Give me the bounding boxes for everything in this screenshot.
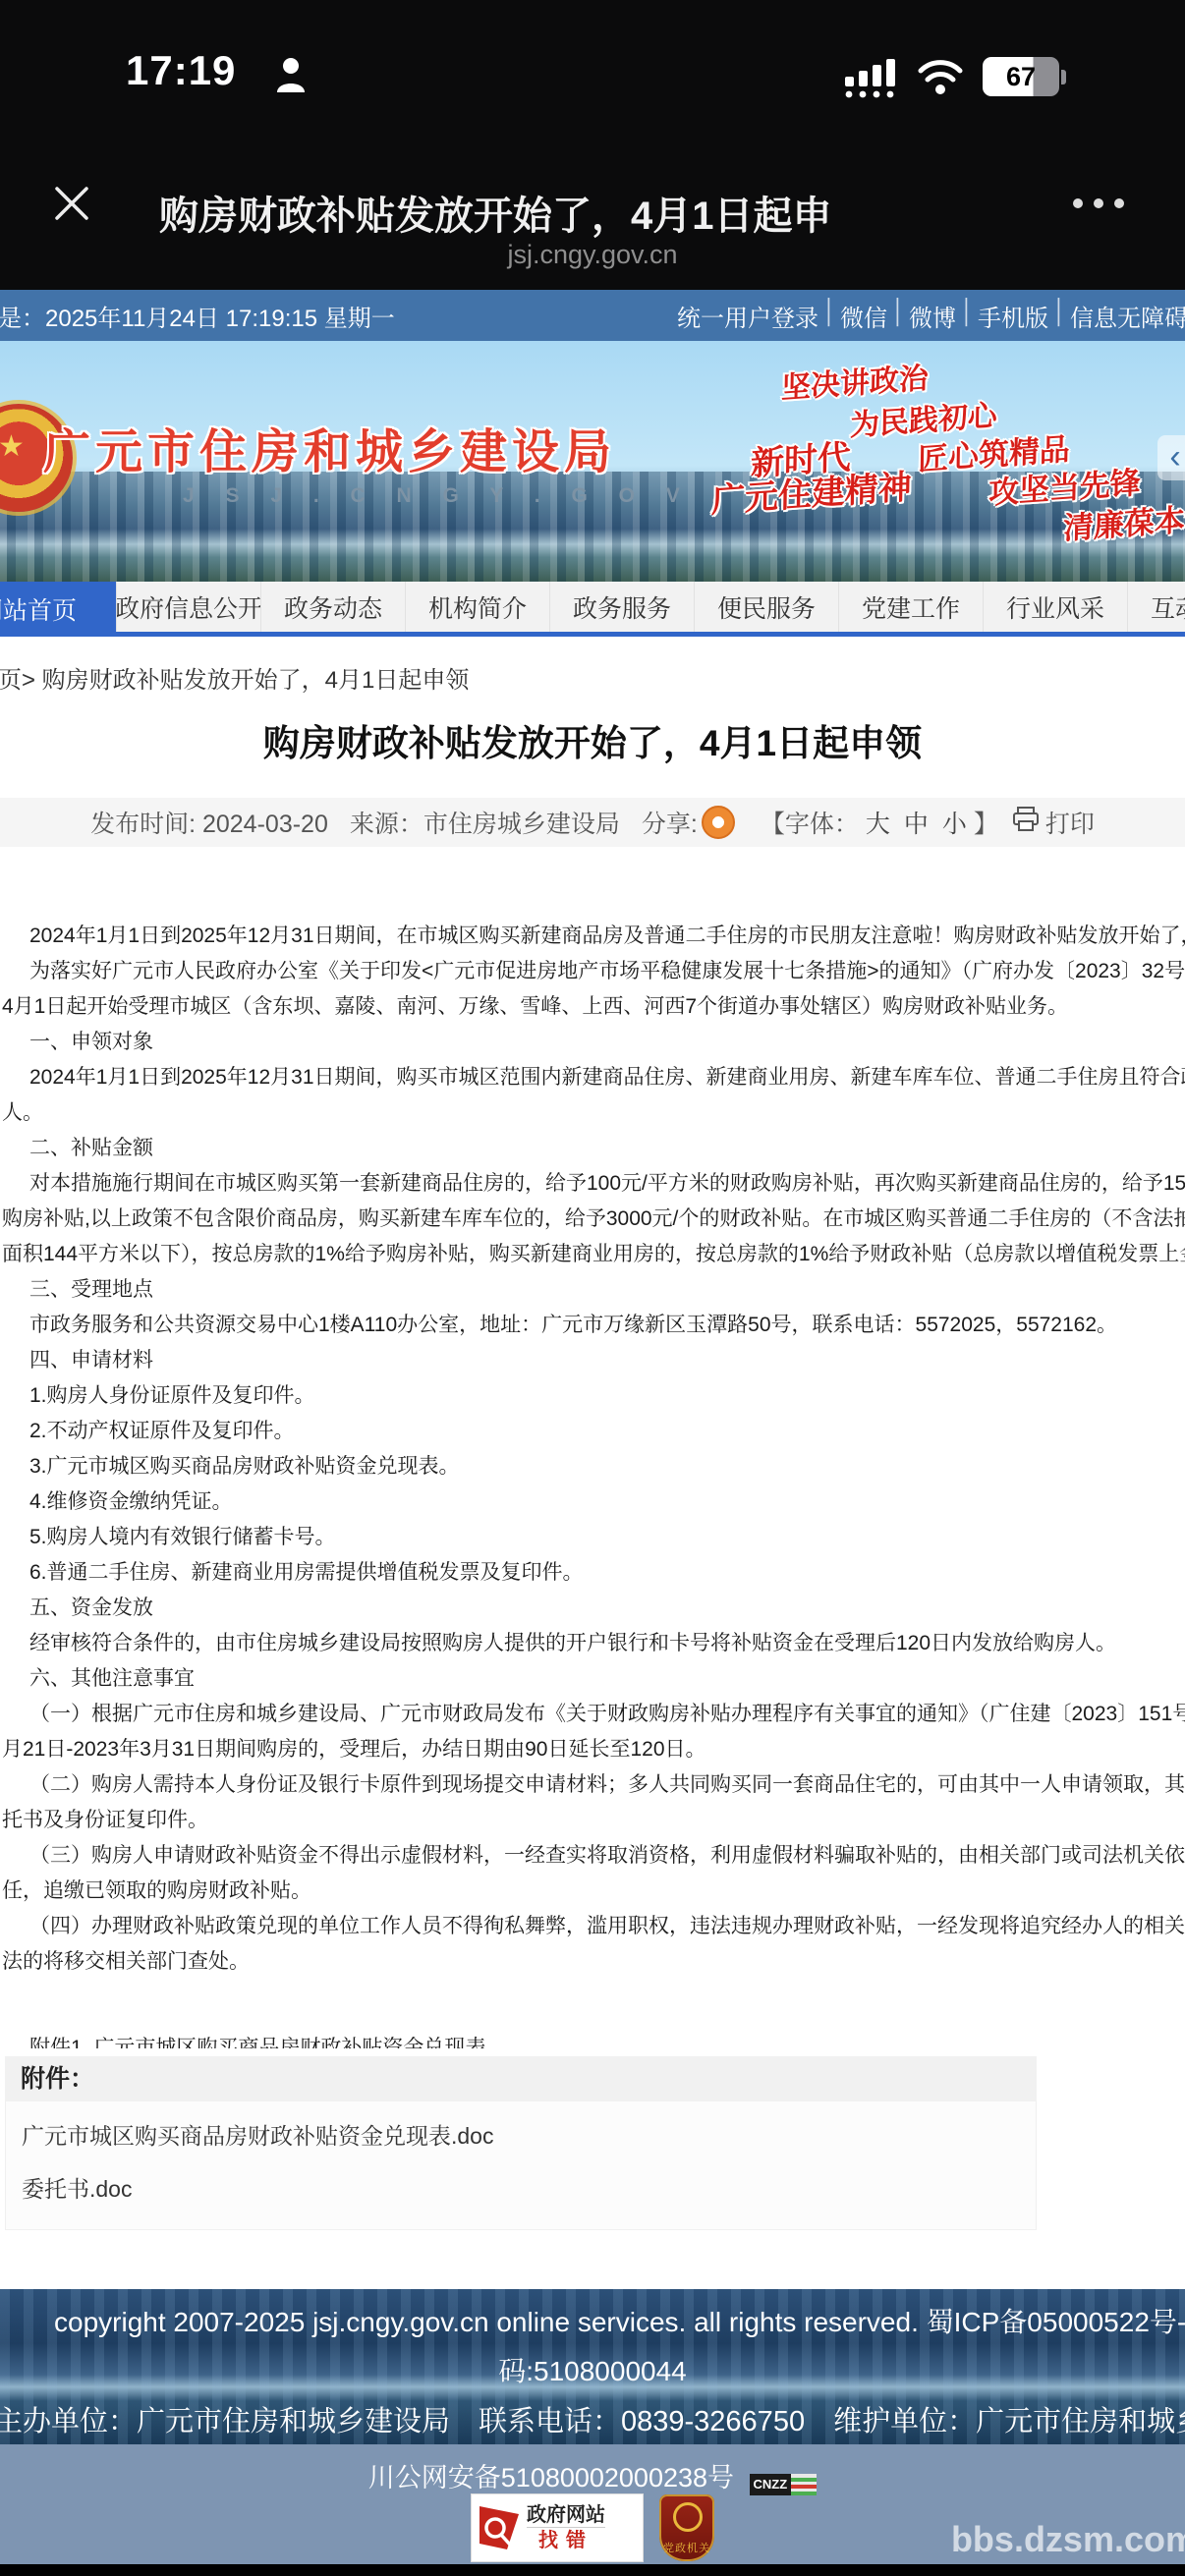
copyright-line2: 码:5108000044: [0, 2350, 1185, 2389]
article-paragraph: 经审核符合条件的，由市住房城乡建设局按照购房人提供的开户银行和卡号将补贴资金在受…: [2, 1626, 1185, 1661]
article-paragraph: 2024年1月1日到2025年12月31日期间，购买市城区范围内新建商品住房、新…: [2, 1060, 1185, 1131]
signal-icon: [843, 57, 902, 105]
article-paragraph: 市政务服务和公共资源交易中心1楼A110办公室，地址：广元市万缘新区玉潭路50号…: [2, 1308, 1185, 1343]
close-icon[interactable]: [51, 183, 92, 229]
nav-item-label: 行业风采: [1006, 589, 1104, 625]
gov-site-error-badge-text: 政府网站 找错: [527, 2503, 605, 2553]
weibo-share-icon[interactable]: [702, 806, 735, 839]
publish-time: 发布时间: 2024-03-20: [90, 805, 328, 840]
article-paragraph: 六、其他注意事宜: [2, 1661, 1185, 1697]
breadcrumb[interactable]: 首页> 购房财政补贴发放开始了，4月1日起申领: [0, 660, 469, 695]
cnzz-stats-badge[interactable]: CNZZ: [750, 2474, 818, 2495]
article-paragraphs: 2024年1月1日到2025年12月31日期间，在市城区购买新建商品房及普通二手…: [2, 919, 1185, 1980]
article-source: 来源：市住房城乡建设局: [350, 805, 620, 840]
cnzz-stripes: [791, 2474, 817, 2495]
article-body: 2024年1月1日到2025年12月31日期间，在市城区购买新建商品房及普通二手…: [2, 919, 1185, 2048]
font-size-options: 大中小: [859, 805, 974, 840]
article-paragraph: 三、受理地点: [2, 1272, 1185, 1308]
party-badge-emblem: [673, 2502, 703, 2532]
nav-item-label: 政府信息公开: [117, 589, 261, 625]
font-size-option[interactable]: 小: [935, 811, 974, 838]
site-name: 广元市住房和城乡建设局: [43, 414, 616, 481]
font-size-option[interactable]: 中: [897, 811, 935, 838]
party-badge-label: 党政机关: [659, 2540, 714, 2555]
security-record-row: 川公网安备51080002000238号 CNZZ: [0, 2444, 1185, 2495]
article-paragraph: 一、申领对象: [2, 1025, 1185, 1060]
article-paragraph: 为落实好广元市人民政府办公室《关于印发<广元市促进房地产市场平稳健康发展十七条措…: [2, 954, 1185, 1025]
topbar-date: 今天是：2025年11月24日 17:19:15 星期一: [0, 299, 395, 333]
person-icon: [271, 55, 310, 99]
browser-page-title: 购房财政补贴发放开始了，4月1日起申: [159, 185, 1044, 241]
nav-item[interactable]: 便民服务: [695, 582, 839, 632]
topbar-link[interactable]: 统一用户登录: [666, 299, 829, 333]
gov-site-error-badge[interactable]: 政府网站 找错: [471, 2493, 644, 2562]
party-gov-badge[interactable]: 党政机关: [659, 2494, 714, 2561]
attachments-header: 附件：: [5, 2056, 1037, 2101]
nav-item-label: 政务服务: [573, 589, 671, 625]
cnzz-label: CNZZ: [750, 2474, 792, 2495]
article-paragraph: 3.广元市城区购买商品房财政补贴资金兑现表。: [2, 1449, 1185, 1484]
battery-percent: 67: [983, 57, 1059, 96]
nav-item[interactable]: 政务动态: [261, 582, 406, 632]
nav-item[interactable]: 机构简介: [406, 582, 550, 632]
nav-item[interactable]: 政府信息公开: [117, 582, 261, 632]
magnifier-fold-icon: [478, 2504, 521, 2551]
article-paragraph: 2.不动产权证原件及复印件。: [2, 1414, 1185, 1449]
article-paragraph: （二）购房人需持本人身份证及银行卡原件到现场提交申请材料；多人共同购买同一套商品…: [2, 1767, 1185, 1838]
article-paragraph: （四）办理财政补贴政策兑现的单位工作人员不得徇私舞弊，滥用职权，违法违规办理财政…: [2, 1909, 1185, 1980]
article-paragraph: 6.普通二手住房、新建商业用房需提供增值税发票及复印件。: [2, 1555, 1185, 1591]
article-paragraph: （一）根据广元市住房和城乡建设局、广元市财政局发布《关于财政购房补贴办理程序有关…: [2, 1697, 1185, 1767]
attachments-list: 广元市城区购买商品房财政补贴资金兑现表.doc委托书.doc: [5, 2101, 1037, 2230]
page-title: 购房财政补贴发放开始了，4月1日起申领: [0, 713, 1185, 766]
nav-item-label: 党建工作: [862, 589, 960, 625]
attachment-references: 附件1. 广元市城区购买商品房财政补贴资金兑现表2.委托书: [2, 2031, 1185, 2048]
attachment-reference: 附件1. 广元市城区购买商品房财政补贴资金兑现表: [2, 2031, 1185, 2048]
nav-item[interactable]: 党建工作: [839, 582, 984, 632]
bottom-bar: [0, 2564, 1185, 2576]
watermark: bbs.dzsm.com: [951, 2519, 1185, 2560]
topbar-link[interactable]: 手机版: [967, 299, 1059, 333]
font-size-option[interactable]: 大: [859, 811, 897, 838]
print-label[interactable]: 打印: [1045, 805, 1095, 840]
battery-nub: [1061, 70, 1066, 84]
nav-item[interactable]: 政务服务: [550, 582, 695, 632]
article-paragraph: 四、申请材料: [2, 1343, 1185, 1378]
font-label-close: 】: [974, 805, 998, 840]
nav-item-label: 政务动态: [284, 589, 382, 625]
article-paragraph: 二、补贴金额: [2, 1131, 1185, 1166]
attachment-file-link[interactable]: 广元市城区购买商品房财政补贴资金兑现表.doc: [22, 2109, 1020, 2162]
printer-icon[interactable]: [1012, 807, 1040, 839]
topbar-links: 统一用户登录微信微博手机版信息无障碍: [666, 299, 1185, 333]
site-footer: copyright 2007-2025 jsj.cngy.gov.cn onli…: [0, 2289, 1185, 2576]
nav-item-label: 机构简介: [428, 589, 527, 625]
nav-item-label: 便民服务: [717, 589, 816, 625]
main-nav: 网站首页政府信息公开政务动态机构简介政务服务便民服务党建工作行业风采互动交流: [0, 582, 1185, 637]
article-paragraph: 2024年1月1日到2025年12月31日期间，在市城区购买新建商品房及普通二手…: [2, 919, 1185, 954]
badge-find-line2: 找错: [527, 2527, 605, 2553]
nav-item[interactable]: 行业风采: [984, 582, 1128, 632]
browser-chrome: 17:19 67 购: [0, 0, 1185, 290]
article-paragraph: 1.购房人身份证原件及复印件。: [2, 1378, 1185, 1414]
footer-slate-band: 川公网安备51080002000238号 CNZZ 政府网站 找错: [0, 2444, 1185, 2564]
article-paragraph: 五、资金发放: [2, 1591, 1185, 1626]
share-label: 分享:: [642, 805, 698, 840]
article-meta-bar: 发布时间: 2024-03-20 来源：市住房城乡建设局 分享: 【字体： 大中…: [0, 798, 1185, 847]
topbar-link[interactable]: 微信: [829, 299, 898, 333]
article-paragraph: 对本措施施行期间在市城区购买第一套新建商品住房的，给予100元/平方米的财政购房…: [2, 1166, 1185, 1272]
more-menu-icon[interactable]: [1071, 196, 1126, 215]
topbar-link[interactable]: 信息无障碍: [1059, 299, 1185, 333]
screen: 17:19 67 购: [0, 0, 1185, 2576]
nav-item[interactable]: 互动交流: [1128, 582, 1185, 632]
attachment-file-link[interactable]: 委托书.doc: [22, 2162, 1020, 2215]
article-paragraph: 4.维修资金缴纳凭证。: [2, 1484, 1185, 1520]
font-label-open: 【字体：: [761, 805, 859, 840]
wifi-icon: [916, 57, 965, 101]
organizer-line: 主办单位：广元市住房和城乡建设局 联系电话：0839-3266750 维护单位：…: [0, 2399, 1185, 2439]
browser-url: jsj.cngy.gov.cn: [0, 240, 1185, 270]
battery-icon: 67: [983, 57, 1066, 96]
article-paragraph: （三）购房人申请财政补贴资金不得出示虚假材料，一经查实将取消资格，利用虚假材料骗…: [2, 1838, 1185, 1909]
copyright-line1: copyright 2007-2025 jsj.cngy.gov.cn onli…: [54, 2301, 1185, 2340]
article-paragraph: 5.购房人境内有效银行储蓄卡号。: [2, 1520, 1185, 1555]
nav-item-label: 互动交流: [1151, 589, 1185, 625]
topbar-link[interactable]: 微博: [898, 299, 967, 333]
footer-photo-band: copyright 2007-2025 jsj.cngy.gov.cn onli…: [0, 2289, 1185, 2444]
attachments-box: 附件： 广元市城区购买商品房财政补贴资金兑现表.doc委托书.doc: [5, 2056, 1037, 2230]
nav-item-label: 网站首页: [0, 591, 77, 627]
status-time: 17:19: [126, 47, 236, 94]
carousel-prev-icon[interactable]: ‹: [1157, 435, 1185, 480]
badge-find-line1: 政府网站: [527, 2503, 605, 2527]
nav-item[interactable]: 网站首页: [0, 582, 117, 637]
site-banner: 广元市住房和城乡建设局 J S J . C N G Y . G O V . C …: [0, 341, 1185, 582]
site-topbar: 今天是：2025年11月24日 17:19:15 星期一 统一用户登录微信微博手…: [0, 290, 1185, 341]
security-record-link[interactable]: 川公网安备51080002000238号: [368, 2463, 734, 2492]
